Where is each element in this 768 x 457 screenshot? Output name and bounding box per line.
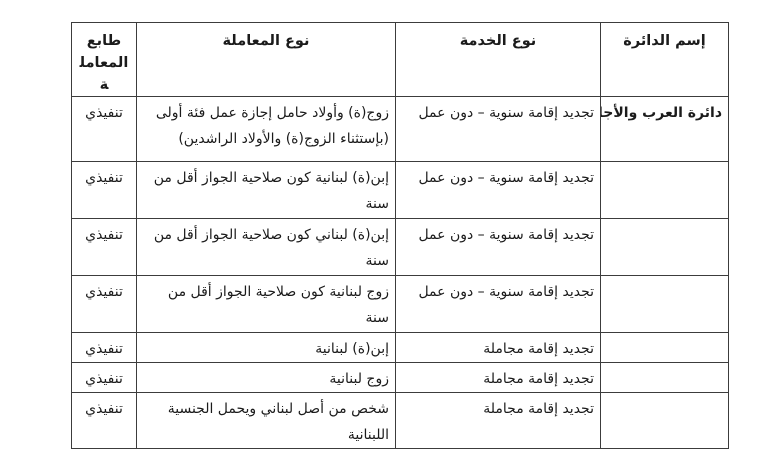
cell-transaction-type: زوج(ة) وأولاد حامل إجازة عمل فئة أولى (ب… — [137, 97, 396, 162]
cell-department — [601, 393, 729, 449]
cell-service-type: تجديد إقامة سنوية – دون عمل — [396, 97, 601, 162]
cell-transaction-type: شخص من أصل لبناني ويحمل الجنسية اللبناني… — [137, 393, 396, 449]
table-row: تجديد إقامة مجاملة إبن(ة) لبنانية تنفيذي — [72, 333, 729, 363]
header-transaction-stamp: طابع المعاملة — [72, 23, 137, 97]
table-row: تجديد إقامة مجاملة زوج لبنانية تنفيذي — [72, 363, 729, 393]
cell-transaction-stamp: تنفيذي — [72, 276, 137, 333]
cell-service-type: تجديد إقامة سنوية – دون عمل — [396, 276, 601, 333]
cell-transaction-stamp: تنفيذي — [72, 162, 137, 219]
cell-service-type: تجديد إقامة مجاملة — [396, 363, 601, 393]
header-service-type: نوع الخدمة — [396, 23, 601, 97]
cell-department — [601, 162, 729, 219]
cell-service-type: تجديد إقامة مجاملة — [396, 393, 601, 449]
cell-transaction-stamp: تنفيذي — [72, 393, 137, 449]
cell-department — [601, 276, 729, 333]
cell-service-type: تجديد إقامة سنوية – دون عمل — [396, 219, 601, 276]
cell-transaction-stamp: تنفيذي — [72, 219, 137, 276]
document-page: إسم الدائرة نوع الخدمة نوع المعاملة طابع… — [0, 0, 768, 457]
cell-transaction-type: إبن(ة) لبنانية — [137, 333, 396, 363]
cell-transaction-type: إبن(ة) لبنانية كون صلاحية الجواز أقل من … — [137, 162, 396, 219]
cell-department — [601, 363, 729, 393]
cell-transaction-type: زوج لبنانية — [137, 363, 396, 393]
table-row: تجديد إقامة مجاملة شخص من أصل لبناني ويح… — [72, 393, 729, 449]
cell-service-type: تجديد إقامة سنوية – دون عمل — [396, 162, 601, 219]
header-transaction-type: نوع المعاملة — [137, 23, 396, 97]
cell-transaction-type: إبن(ة) لبناني كون صلاحية الجواز أقل من س… — [137, 219, 396, 276]
cell-department: دائرة العرب والأجانب — [601, 97, 729, 162]
cell-service-type: تجديد إقامة مجاملة — [396, 333, 601, 363]
table-row: تجديد إقامة سنوية – دون عمل زوج لبنانية … — [72, 276, 729, 333]
cell-department — [601, 333, 729, 363]
cell-transaction-stamp: تنفيذي — [72, 333, 137, 363]
table-row: تجديد إقامة سنوية – دون عمل إبن(ة) لبنان… — [72, 162, 729, 219]
header-department: إسم الدائرة — [601, 23, 729, 97]
table-header-row: إسم الدائرة نوع الخدمة نوع المعاملة طابع… — [72, 23, 729, 97]
table-row: دائرة العرب والأجانب تجديد إقامة سنوية –… — [72, 97, 729, 162]
table-row: تجديد إقامة سنوية – دون عمل إبن(ة) لبنان… — [72, 219, 729, 276]
cell-department — [601, 219, 729, 276]
cell-transaction-stamp: تنفيذي — [72, 363, 137, 393]
cell-transaction-type: زوج لبنانية كون صلاحية الجواز أقل من سنة — [137, 276, 396, 333]
cell-transaction-stamp: تنفيذي — [72, 97, 137, 162]
residence-services-table: إسم الدائرة نوع الخدمة نوع المعاملة طابع… — [71, 22, 729, 449]
